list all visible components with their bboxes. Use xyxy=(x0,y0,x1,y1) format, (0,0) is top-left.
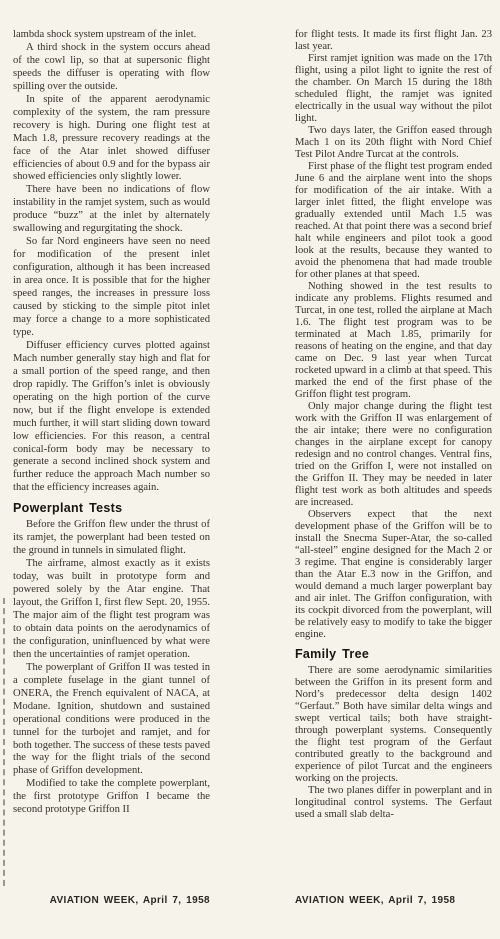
right-column: for flight tests. It made its first flig… xyxy=(295,29,492,887)
paragraph: Before the Griffon flew under the thrust… xyxy=(13,519,210,558)
paragraph: Two days later, the Griffon eased throug… xyxy=(295,125,492,161)
paragraph: The airframe, almost exactly as it exist… xyxy=(13,558,210,662)
paragraph: A third shock in the system occurs ahead… xyxy=(13,42,210,94)
magazine-page: lambda shock system upstream of the inle… xyxy=(0,0,500,939)
paragraph: There are some aerodynamic similarities … xyxy=(295,665,492,785)
left-column: lambda shock system upstream of the inle… xyxy=(13,29,210,887)
paragraph: Modified to take the complete powerplant… xyxy=(13,778,210,817)
paragraph: Only major change during the flight test… xyxy=(295,401,492,509)
paragraph: Observers expect that the next developme… xyxy=(295,509,492,641)
paragraph: There have been no indications of flow i… xyxy=(13,184,210,236)
footer-right: AVIATION WEEK, April 7, 1958 xyxy=(295,895,492,906)
paragraph: for flight tests. It made its first flig… xyxy=(295,29,492,53)
paragraph: The powerplant of Griffon II was tested … xyxy=(13,662,210,779)
paragraph: Diffuser efficiency curves plotted again… xyxy=(13,340,210,495)
paragraph: First phase of the flight test program e… xyxy=(295,161,492,281)
paragraph: In spite of the apparent aerodynamic com… xyxy=(13,94,210,185)
paragraph: The two planes differ in powerplant and … xyxy=(295,785,492,821)
paragraph: First ramjet ignition was made on the 17… xyxy=(295,53,492,125)
footer-left: AVIATION WEEK, April 7, 1958 xyxy=(13,895,210,906)
section-heading: Family Tree xyxy=(295,647,492,661)
paragraph: So far Nord engineers have seen no need … xyxy=(13,236,210,340)
paragraph: Nothing showed in the test results to in… xyxy=(295,281,492,401)
page-edge-scan-artifact xyxy=(3,598,5,886)
section-heading: Powerplant Tests xyxy=(13,501,210,515)
paragraph: lambda shock system upstream of the inle… xyxy=(13,29,210,42)
